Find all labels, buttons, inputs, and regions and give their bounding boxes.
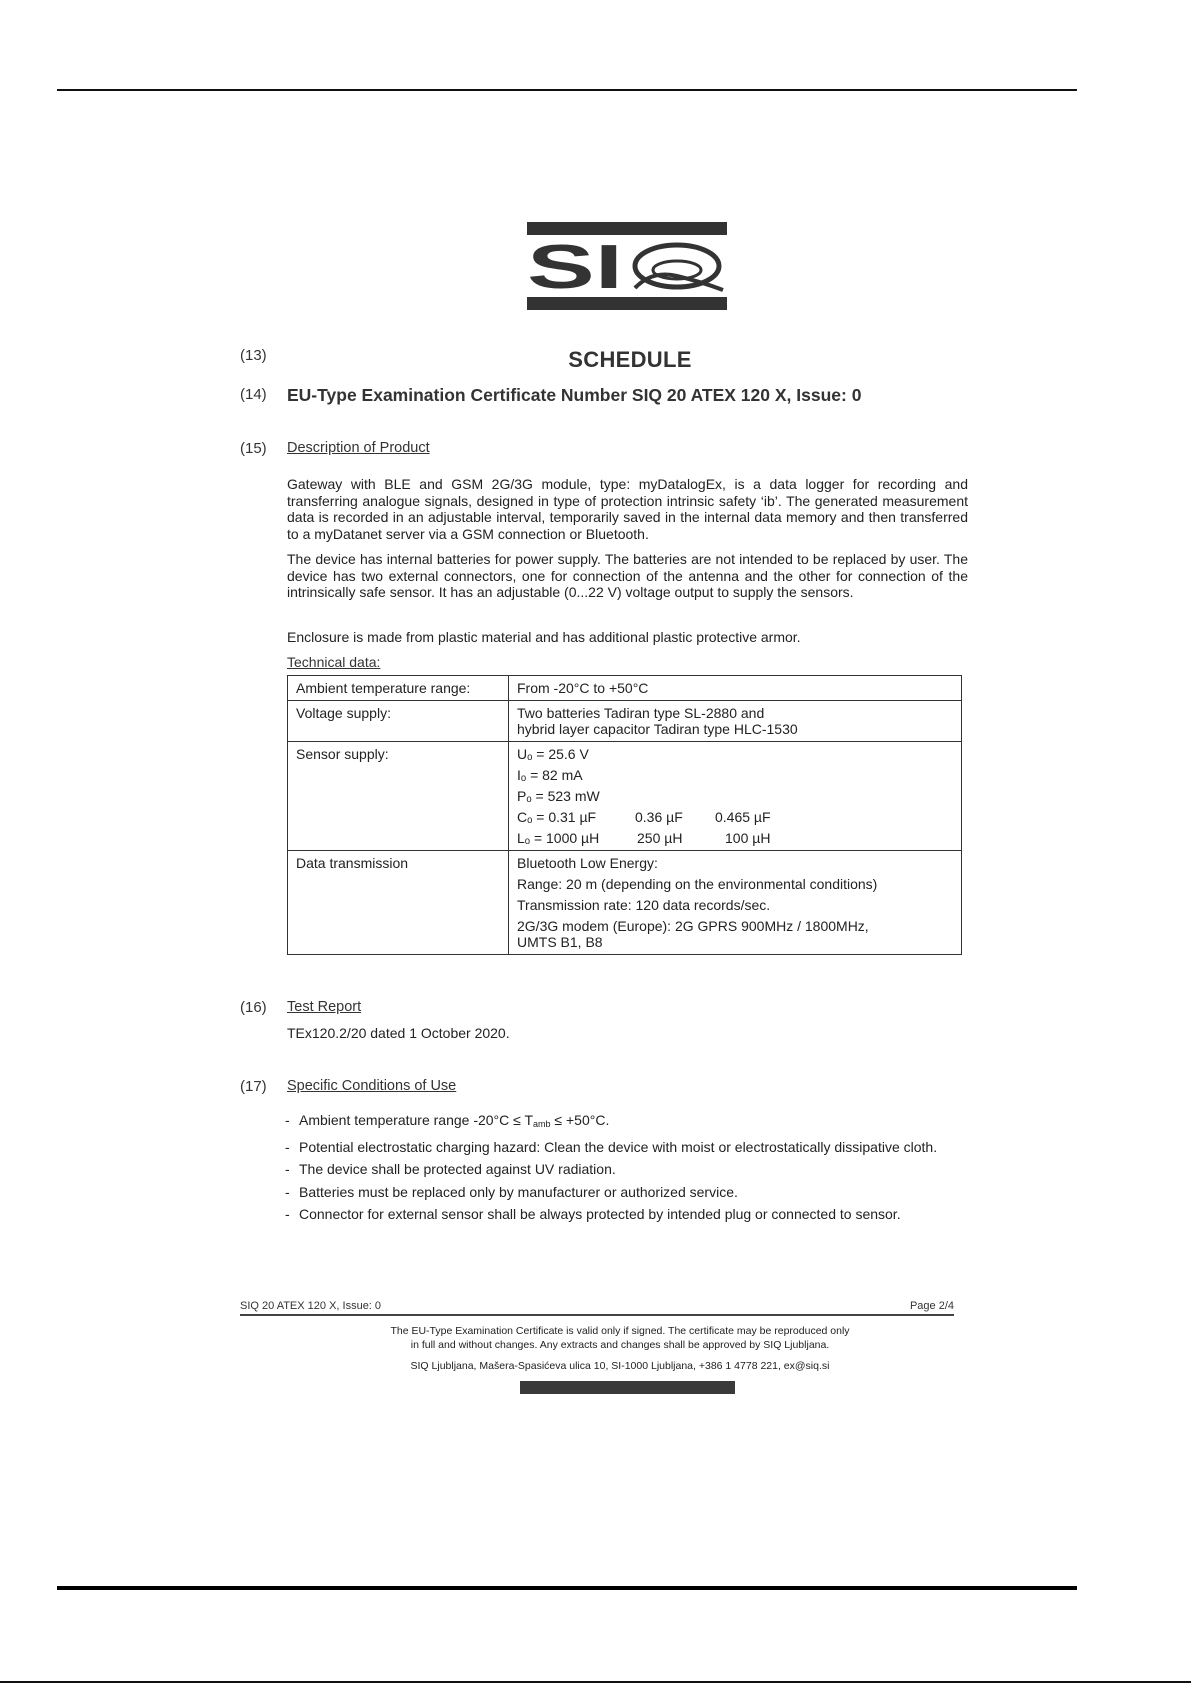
sensor-po: Pₒ = 523 mW: [517, 788, 953, 804]
condition-text: Ambient temperature range -20°C ≤ T: [299, 1112, 533, 1128]
page-bottom-rule: [57, 1586, 1077, 1590]
section-number-17: (17): [240, 1078, 267, 1095]
footer-address: SIQ Ljubljana, Mašera-Spasićeva ulica 10…: [340, 1360, 900, 1372]
certificate-number-heading: EU-Type Examination Certificate Number S…: [287, 385, 861, 406]
table-row-ambient: Ambient temperature range: From -20°C to…: [288, 676, 962, 701]
logo-bottom-bar: [527, 297, 727, 310]
sensor-value: Uₒ = 25.6 V Iₒ = 82 mA Pₒ = 523 mW Cₒ = …: [509, 742, 962, 851]
condition-item: Batteries must be replaced only by manuf…: [285, 1184, 968, 1201]
footer-note-line-1: The EU-Type Examination Certificate is v…: [340, 1324, 900, 1338]
voltage-label: Voltage supply:: [288, 701, 509, 742]
condition-item: The device shall be protected against UV…: [285, 1161, 968, 1178]
footer-page-number: Page 2/4: [880, 1300, 954, 1312]
footer-validity-note: The EU-Type Examination Certificate is v…: [340, 1324, 900, 1352]
voltage-value: Two batteries Tadiran type SL-2880 and h…: [509, 701, 962, 742]
ambient-value: From -20°C to +50°C: [509, 676, 962, 701]
sensor-lo-2: 250 µH: [635, 830, 725, 846]
condition-item: Potential electrostatic charging hazard:…: [285, 1139, 968, 1156]
technical-data-table: Ambient temperature range: From -20°C to…: [287, 675, 962, 955]
test-report-heading: Test Report: [287, 999, 361, 1015]
page-edge-rule: [0, 1681, 1191, 1683]
page-title: SCHEDULE: [500, 347, 760, 373]
sensor-co-row: Cₒ = 0.31 µF0.36 µF0.465 µF: [517, 809, 953, 825]
section-number-14: (14): [240, 386, 267, 403]
description-heading: Description of Product: [287, 440, 430, 456]
data-line-2: Range: 20 m (depending on the environmen…: [517, 876, 953, 892]
sensor-io: Iₒ = 82 mA: [517, 767, 953, 783]
data-transmission-value: Bluetooth Low Energy: Range: 20 m (depen…: [509, 851, 962, 955]
sensor-lo-3: 100 µH: [725, 830, 770, 846]
voltage-line-2: hybrid layer capacitor Tadiran type HLC-…: [517, 721, 953, 737]
data-transmission-label: Data transmission: [288, 851, 509, 955]
section-number-15: (15): [240, 440, 267, 457]
siq-logo: SI: [527, 220, 727, 310]
condition-text: ≤ +50°C.: [551, 1112, 610, 1128]
voltage-line-1: Two batteries Tadiran type SL-2880 and: [517, 705, 953, 721]
sensor-uo: Uₒ = 25.6 V: [517, 746, 953, 762]
condition-subscript: amb: [533, 1119, 551, 1129]
footer-rule: [240, 1314, 954, 1316]
footer-doc-ref: SIQ 20 ATEX 120 X, Issue: 0: [240, 1300, 381, 1312]
ambient-label: Ambient temperature range:: [288, 676, 509, 701]
sensor-co-1: Cₒ = 0.31 µF: [517, 809, 635, 825]
data-line-4: 2G/3G modem (Europe): 2G GPRS 900MHz / 1…: [517, 918, 953, 934]
table-row-voltage: Voltage supply: Two batteries Tadiran ty…: [288, 701, 962, 742]
header-rule: [57, 89, 1077, 91]
test-report-text: TEx120.2/20 dated 1 October 2020.: [287, 1025, 510, 1042]
table-row-data-transmission: Data transmission Bluetooth Low Energy: …: [288, 851, 962, 955]
footer-note-line-2: in full and without changes. Any extract…: [340, 1338, 900, 1352]
sensor-co-2: 0.36 µF: [635, 809, 715, 825]
sensor-lo-row: Lₒ = 1000 µH250 µH100 µH: [517, 830, 953, 846]
sensor-co-3: 0.465 µF: [715, 809, 771, 825]
condition-item: Connector for external sensor shall be a…: [285, 1206, 968, 1223]
description-paragraph-2: The device has internal batteries for po…: [287, 551, 968, 601]
section-number-16: (16): [240, 999, 267, 1016]
footer-bar: [520, 1381, 735, 1394]
svg-text:SI: SI: [527, 233, 623, 302]
data-line-3: Transmission rate: 120 data records/sec.: [517, 897, 953, 913]
technical-data-heading: Technical data:: [287, 654, 380, 670]
table-row-sensor: Sensor supply: Uₒ = 25.6 V Iₒ = 82 mA Pₒ…: [288, 742, 962, 851]
conditions-list: Ambient temperature range -20°C ≤ Tamb ≤…: [285, 1112, 968, 1229]
conditions-heading: Specific Conditions of Use: [287, 1078, 456, 1094]
sensor-label: Sensor supply:: [288, 742, 509, 851]
description-paragraph-3: Enclosure is made from plastic material …: [287, 629, 968, 646]
condition-item: Ambient temperature range -20°C ≤ Tamb ≤…: [285, 1112, 968, 1133]
sensor-lo-1: Lₒ = 1000 µH: [517, 830, 635, 846]
data-line-5: UMTS B1, B8: [517, 934, 953, 950]
section-number-13: (13): [240, 347, 267, 364]
data-line-1: Bluetooth Low Energy:: [517, 855, 953, 871]
description-paragraph-1: Gateway with BLE and GSM 2G/3G module, t…: [287, 476, 968, 542]
